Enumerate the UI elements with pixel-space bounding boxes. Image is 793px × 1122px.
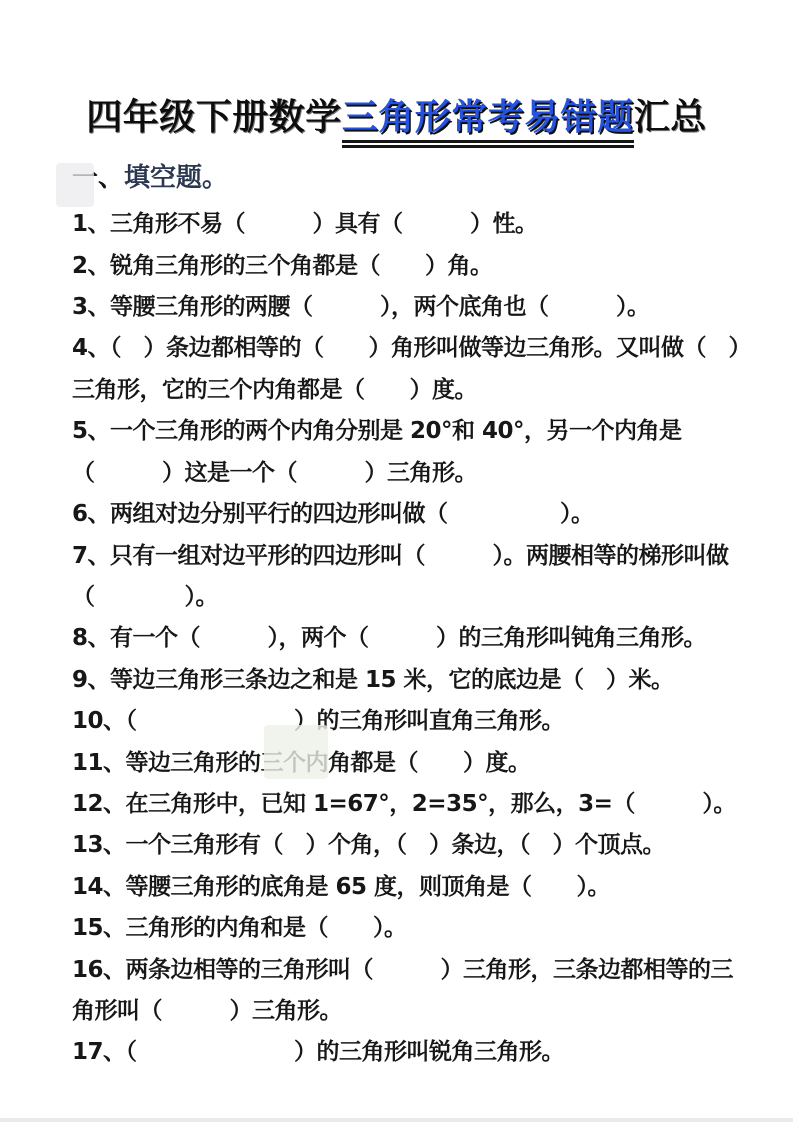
question-10-line-1: 10、（ ）的三角形叫直角三角形。: [72, 701, 733, 742]
title-suffix: 汇总: [634, 97, 707, 138]
worksheet-page: 四年级下册数学三角形常考易错题汇总 一、填空题。 1、三角形不易（ ）具有（ ）…: [0, 0, 793, 1122]
question-5-line-2: （ ）这是一个（ ）三角形。: [72, 453, 733, 494]
question-1-line-1: 1、三角形不易（ ）具有（ ）性。: [72, 204, 733, 245]
worksheet-title: 四年级下册数学三角形常考易错题汇总: [0, 0, 793, 148]
question-14-line-1: 14、等腰三角形的底角是 65 度，则顶角是（ ）。: [72, 867, 733, 908]
question-16-line-1: 16、两条边相等的三角形叫（ ）三角形，三条边都相等的三: [72, 950, 733, 991]
question-6-line-1: 6、两组对边分别平行的四边形叫做（ ）。: [72, 494, 733, 535]
page-bottom-edge: [0, 1118, 793, 1122]
question-12-line-1: 12、在三角形中，已知 1=67°，2=35°，那么，3=（ ）。: [72, 784, 733, 825]
question-15-line-1: 15、三角形的内角和是（ ）。: [72, 908, 733, 949]
question-list: 1、三角形不易（ ）具有（ ）性。 2、锐角三角形的三个角都是（ ）角。 3、等…: [72, 204, 733, 1074]
section-label: 填空题。: [124, 163, 228, 193]
question-11-line-1: 11、等边三角形的三个内角都是（ ）度。: [72, 743, 733, 784]
section-number: 一、: [72, 163, 124, 193]
question-8-line-1: 8、有一个（ ），两个（ ）的三角形叫钝角三角形。: [72, 618, 733, 659]
question-2-line-1: 2、锐角三角形的三个角都是（ ）角。: [72, 246, 733, 287]
title-highlight: 三角形常考易错题: [342, 97, 634, 148]
question-3-line-1: 3、等腰三角形的两腰（ ），两个底角也（ ）。: [72, 287, 733, 328]
question-13-line-1: 13、一个三角形有（ ）个角，（ ）条边，（ ）个顶点。: [72, 825, 733, 866]
section-heading: 一、填空题。: [72, 162, 793, 196]
question-7-line-2: （ ）。: [72, 577, 733, 618]
question-4-line-1: 4、（ ）条边都相等的（ ）角形叫做等边三角形。又叫做（ ）: [72, 328, 733, 369]
question-4-line-2: 三角形，它的三个内角都是（ ）度。: [72, 370, 733, 411]
title-prefix: 四年级下册数学: [86, 97, 342, 138]
question-16-line-2: 角形叫（ ）三角形。: [72, 991, 733, 1032]
question-9-line-1: 9、等边三角形三条边之和是 15 米，它的底边是（ ）米。: [72, 660, 733, 701]
question-7-line-1: 7、只有一组对边平形的四边形叫（ ）。两腰相等的梯形叫做: [72, 536, 733, 577]
question-17-line-1: 17、（ ）的三角形叫锐角三角形。: [72, 1032, 733, 1073]
question-5-line-1: 5、一个三角形的两个内角分别是 20°和 40°，另一个内角是: [72, 411, 733, 452]
